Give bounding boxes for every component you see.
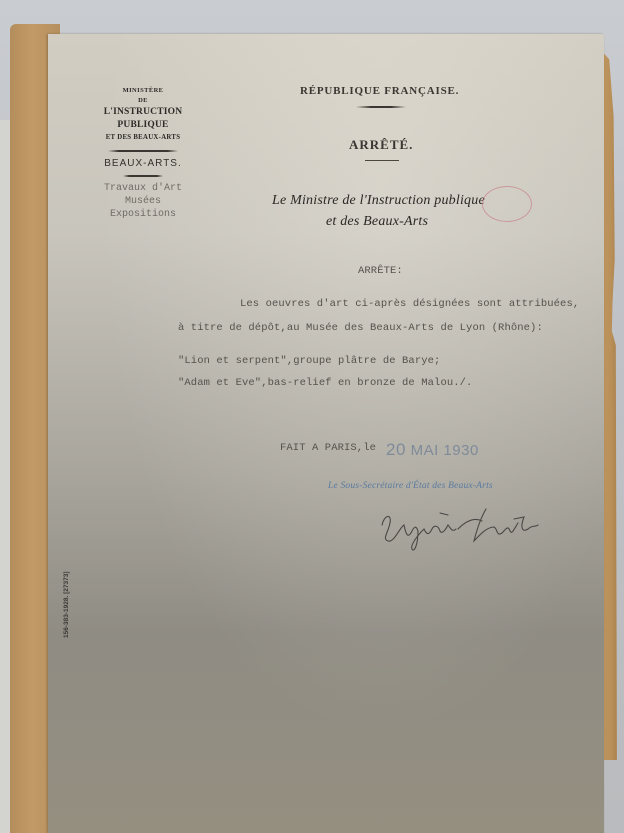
ministry-line-3: L'INSTRUCTION PUBLIQUE: [78, 106, 208, 132]
service-expositions: Expositions: [78, 209, 208, 220]
department-label: BEAUX-ARTS.: [78, 158, 208, 169]
republic-heading: RÉPUBLIQUE FRANÇAISE.: [300, 85, 459, 97]
artwork-item-1: "Lion et serpent",groupe plâtre de Barye…: [178, 355, 440, 367]
date-stamp: 20 MAI 1930: [386, 440, 479, 460]
ministry-line-1: MINISTÈRE: [78, 86, 208, 96]
undersecretary-stamp: Le Sous-Secrétaire d'État des Beaux-Arts: [328, 481, 493, 491]
place-line: FAIT A PARIS,le: [280, 442, 376, 454]
date-stamp-day: 20: [386, 440, 406, 459]
handwritten-signature: [378, 505, 543, 555]
minister-line-1: Le Ministre de l'Instruction publique: [272, 193, 485, 209]
red-registry-stamp: [482, 186, 532, 222]
ornament-rule-small: [123, 175, 163, 177]
body-line-2: à titre de dépôt,au Musée des Beaux-Arts…: [178, 322, 543, 334]
document-title: ARRÊTÉ.: [349, 137, 413, 153]
service-musees: Musées: [78, 196, 208, 207]
ornament-rule: [108, 150, 178, 152]
print-reference-number: 156-383-1928. [27373]: [63, 538, 70, 638]
ministry-letterhead: MINISTÈRE DE L'INSTRUCTION PUBLIQUE ET D…: [78, 86, 208, 220]
heading-rule: [356, 106, 406, 108]
body-line-1: Les oeuvres d'art ci-après désignées son…: [240, 298, 579, 310]
ministry-line-2: DE: [78, 96, 208, 106]
ministry-line-4: ET DES BEAUX-ARTS: [78, 132, 208, 144]
title-rule: [365, 160, 399, 161]
arrete-clause: ARRÊTE:: [358, 265, 403, 277]
artwork-item-2: "Adam et Eve",bas-relief en bronze de Ma…: [178, 377, 472, 389]
date-stamp-month-year: MAI 1930: [411, 442, 479, 459]
service-travaux: Travaux d'Art: [78, 183, 208, 194]
minister-line-2: et des Beaux-Arts: [326, 214, 428, 230]
